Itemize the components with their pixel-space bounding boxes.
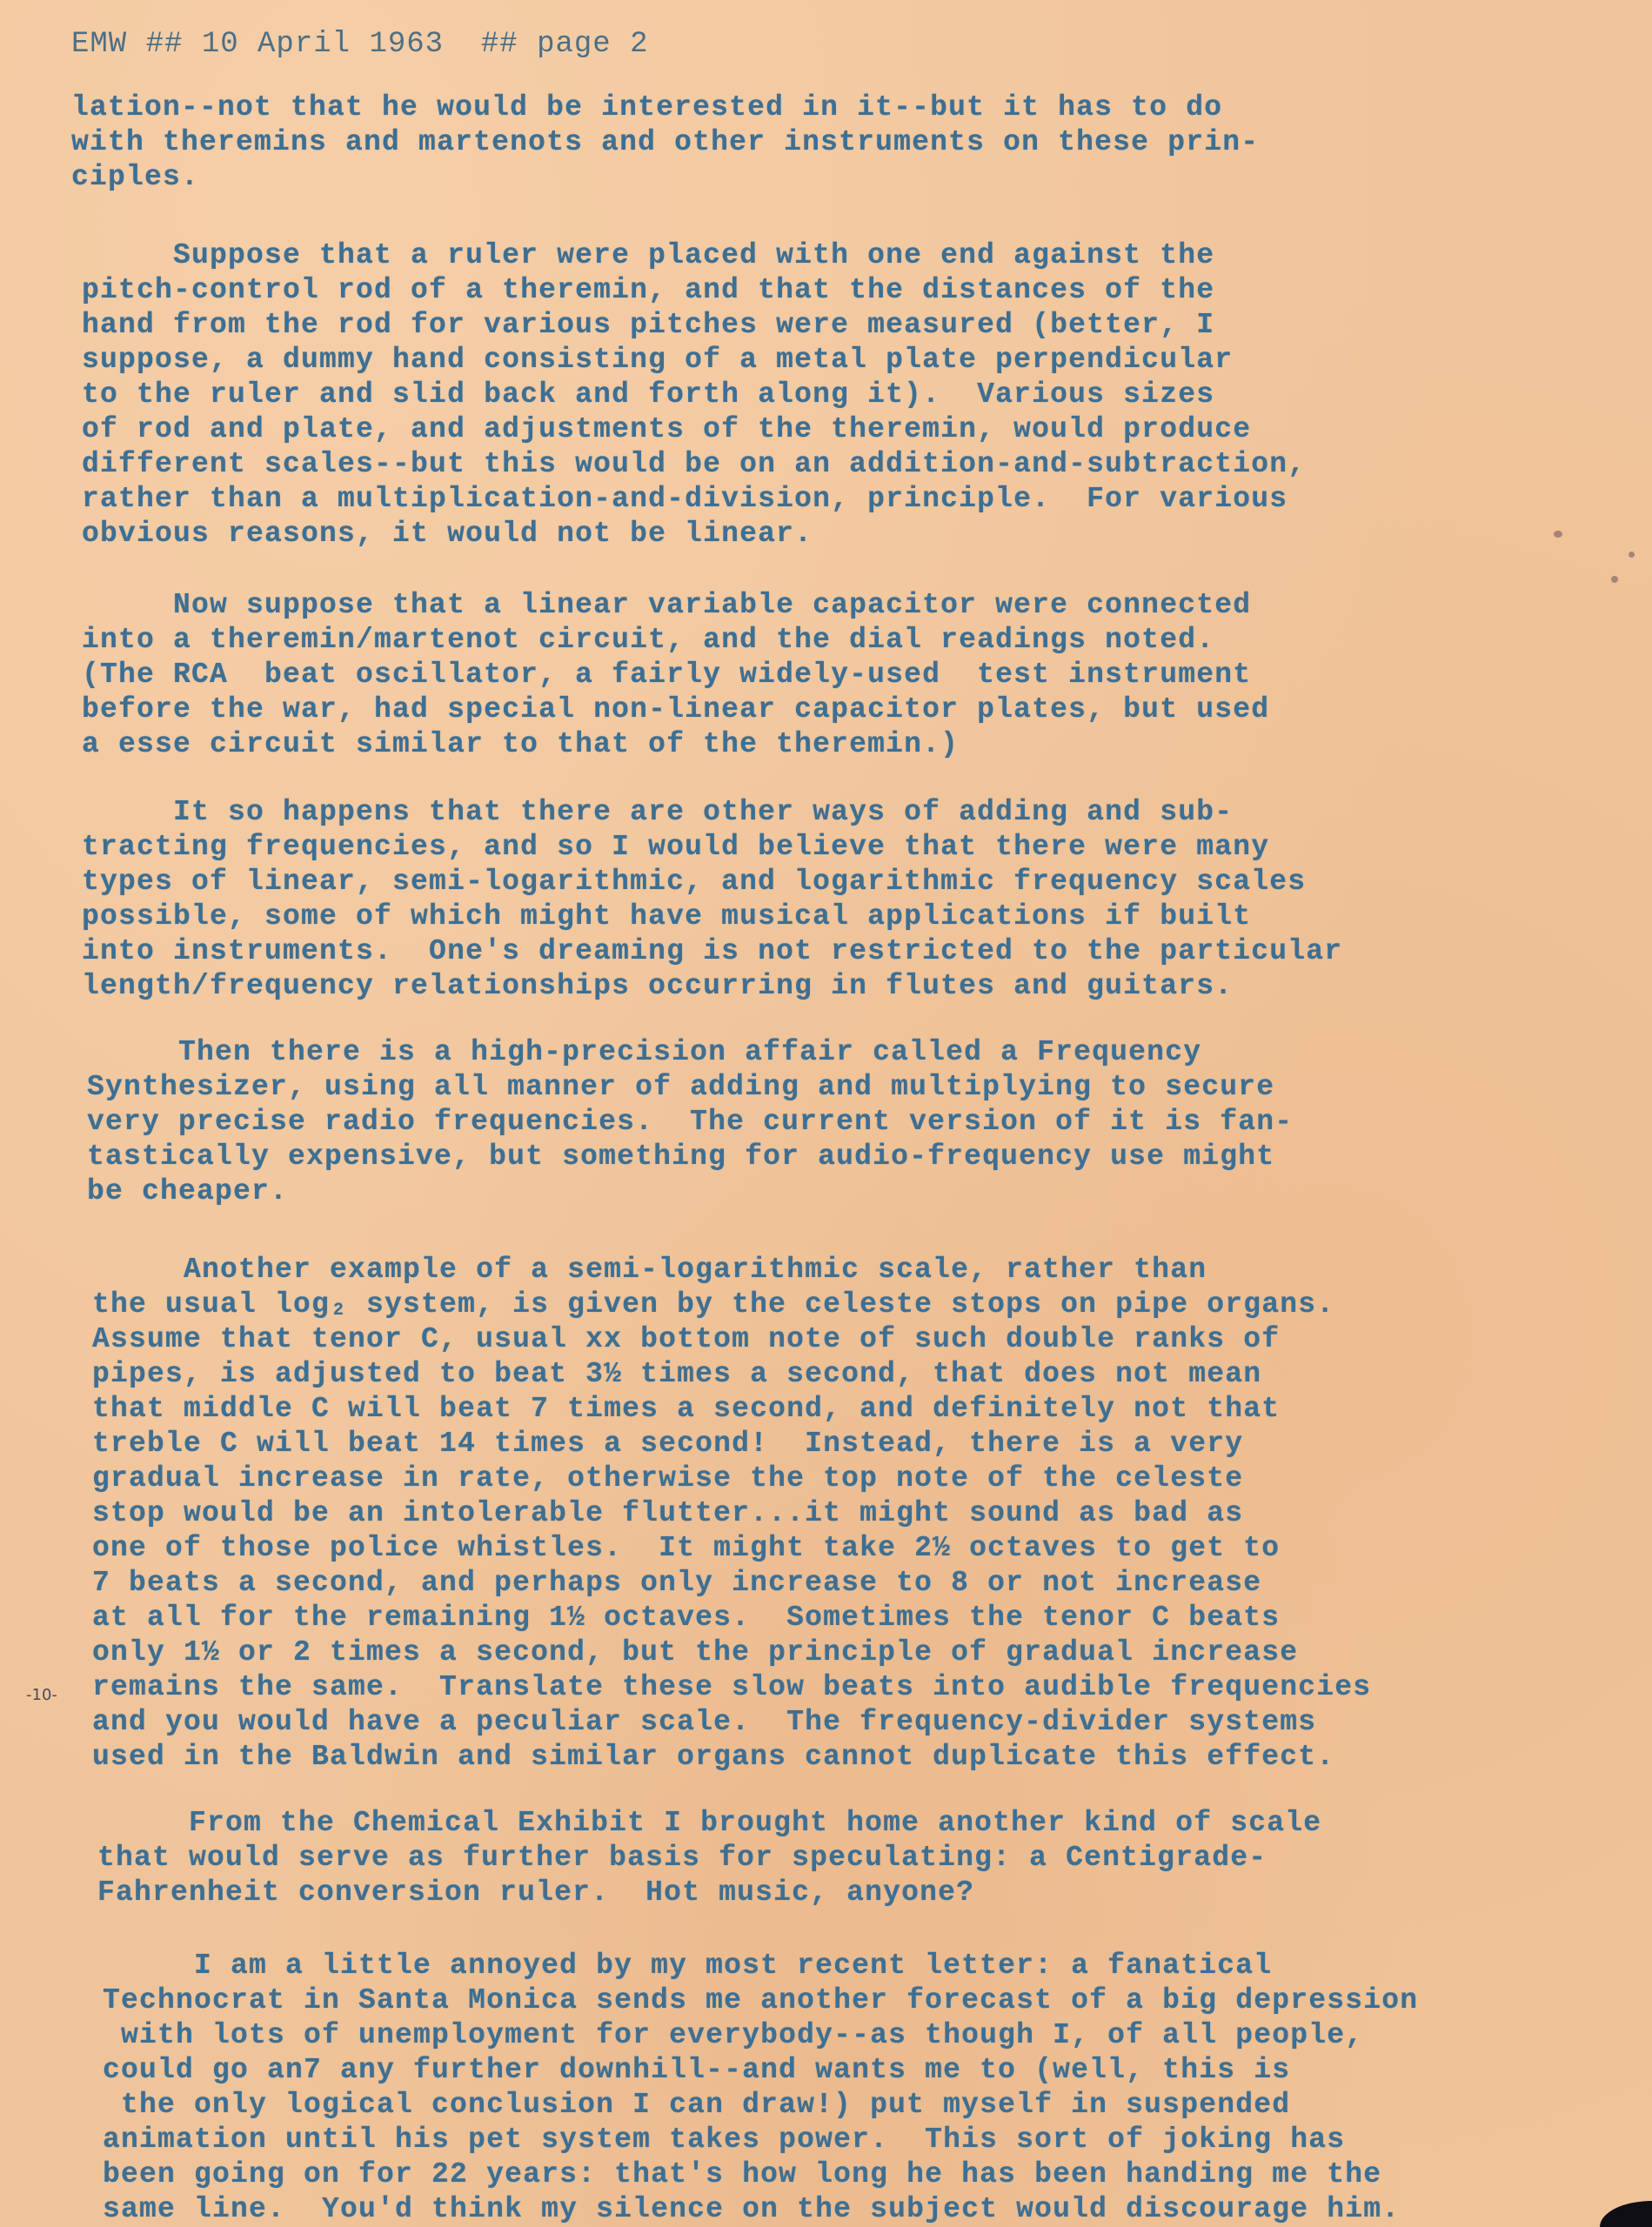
margin-hole-mark: -10- [26, 1686, 57, 1704]
text-line: ciples. [71, 160, 1259, 195]
paragraph-4: It so happens that there are other ways … [82, 795, 1342, 1004]
paragraph-1: lation--not that he would be interested … [71, 90, 1259, 195]
text-line: stop would be an intolerable flutter...i… [92, 1496, 1371, 1531]
text-line: the only logical conclusion I can draw!)… [103, 2088, 1418, 2123]
paper-stain [1629, 552, 1635, 558]
text-line: 7 beats a second, and perhaps only incre… [92, 1566, 1371, 1601]
text-line: suppose, a dummy hand consisting of a me… [82, 343, 1306, 378]
text-line: been going on for 22 years: that's how l… [103, 2157, 1418, 2192]
paragraph-8: I am a little annoyed by my most recent … [103, 1949, 1418, 2227]
text-line: animation until his pet system takes pow… [103, 2123, 1418, 2157]
text-line: possible, some of which might have music… [82, 899, 1342, 934]
typewritten-letter-page: EMW ## 10 April 1963 ## page 2 lation--n… [0, 0, 1652, 2227]
text-line: From the Chemical Exhibit I brought home… [97, 1806, 1321, 1841]
torn-corner [1600, 2201, 1652, 2227]
text-line: types of linear, semi-logarithmic, and l… [82, 865, 1342, 899]
text-line: Another example of a semi-logarithmic sc… [92, 1253, 1371, 1287]
text-line: It so happens that there are other ways … [82, 795, 1342, 830]
text-line: very precise radio frequencies. The curr… [87, 1105, 1293, 1140]
text-line: rather than a multiplication-and-divisio… [82, 482, 1306, 517]
paper-stain [1554, 531, 1562, 538]
text-line: pipes, is adjusted to beat 3½ times a se… [92, 1357, 1371, 1392]
text-line: with lots of unemployment for everybody-… [103, 2018, 1418, 2053]
text-line: pitch-control rod of a theremin, and tha… [82, 273, 1306, 308]
text-line: of rod and plate, and adjustments of the… [82, 412, 1306, 447]
paragraph-3: Now suppose that a linear variable capac… [82, 588, 1269, 762]
text-line: only 1½ or 2 times a second, but the pri… [92, 1635, 1371, 1670]
text-line: length/frequency relationships occurring… [82, 969, 1342, 1004]
text-line: into instruments. One's dreaming is not … [82, 934, 1342, 969]
text-line: Assume that tenor C, usual xx bottom not… [92, 1322, 1371, 1357]
text-line: that would serve as further basis for sp… [97, 1841, 1321, 1876]
text-line: Synthesizer, using all manner of adding … [87, 1070, 1293, 1105]
paragraph-6: Another example of a semi-logarithmic sc… [92, 1253, 1371, 1775]
text-line: hand from the rod for various pitches we… [82, 308, 1306, 343]
text-line: different scales--but this would be on a… [82, 447, 1306, 482]
text-line: used in the Baldwin and similar organs c… [92, 1740, 1371, 1775]
text-line: could go an7 any further downhill--and w… [103, 2053, 1418, 2088]
text-line: gradual increase in rate, otherwise the … [92, 1461, 1371, 1496]
text-line: with theremins and martenots and other i… [71, 125, 1259, 160]
text-line: the usual log₂ system, is given by the c… [92, 1287, 1371, 1322]
text-line: Fahrenheit conversion ruler. Hot music, … [97, 1876, 1321, 1910]
text-line: remains the same. Translate these slow b… [92, 1670, 1371, 1705]
paragraph-7: From the Chemical Exhibit I brought home… [97, 1806, 1321, 1910]
text-line: Suppose that a ruler were placed with on… [82, 238, 1306, 273]
text-line: be cheaper. [87, 1174, 1293, 1209]
text-line: obvious reasons, it would not be linear. [82, 517, 1306, 552]
text-line: a esse circuit similar to that of the th… [82, 727, 1269, 762]
text-line: one of those police whistles. It might t… [92, 1531, 1371, 1566]
paragraph-2: Suppose that a ruler were placed with on… [82, 238, 1306, 552]
text-line: I am a little annoyed by my most recent … [103, 1949, 1418, 1983]
text-line: same line. You'd think my silence on the… [103, 2192, 1418, 2227]
text-line: to the ruler and slid back and forth alo… [82, 378, 1306, 412]
text-line: tracting frequencies, and so I would bel… [82, 830, 1342, 865]
page-header: EMW ## 10 April 1963 ## page 2 [71, 28, 649, 61]
text-line: that middle C will beat 7 times a second… [92, 1392, 1371, 1427]
text-line: tastically expensive, but something for … [87, 1140, 1293, 1174]
text-line: lation--not that he would be interested … [71, 90, 1259, 125]
text-line: and you would have a peculiar scale. The… [92, 1705, 1371, 1740]
text-line: (The RCA beat oscillator, a fairly widel… [82, 658, 1269, 692]
text-line: Technocrat in Santa Monica sends me anot… [103, 1983, 1418, 2018]
text-line: at all for the remaining 1½ octaves. Som… [92, 1601, 1371, 1635]
paragraph-5: Then there is a high-precision affair ca… [87, 1035, 1293, 1209]
text-line: before the war, had special non-linear c… [82, 692, 1269, 727]
text-line: treble C will beat 14 times a second! In… [92, 1427, 1371, 1461]
text-line: Now suppose that a linear variable capac… [82, 588, 1269, 623]
paper-stain [1611, 576, 1618, 583]
text-line: into a theremin/martenot circuit, and th… [82, 623, 1269, 658]
text-line: Then there is a high-precision affair ca… [87, 1035, 1293, 1070]
